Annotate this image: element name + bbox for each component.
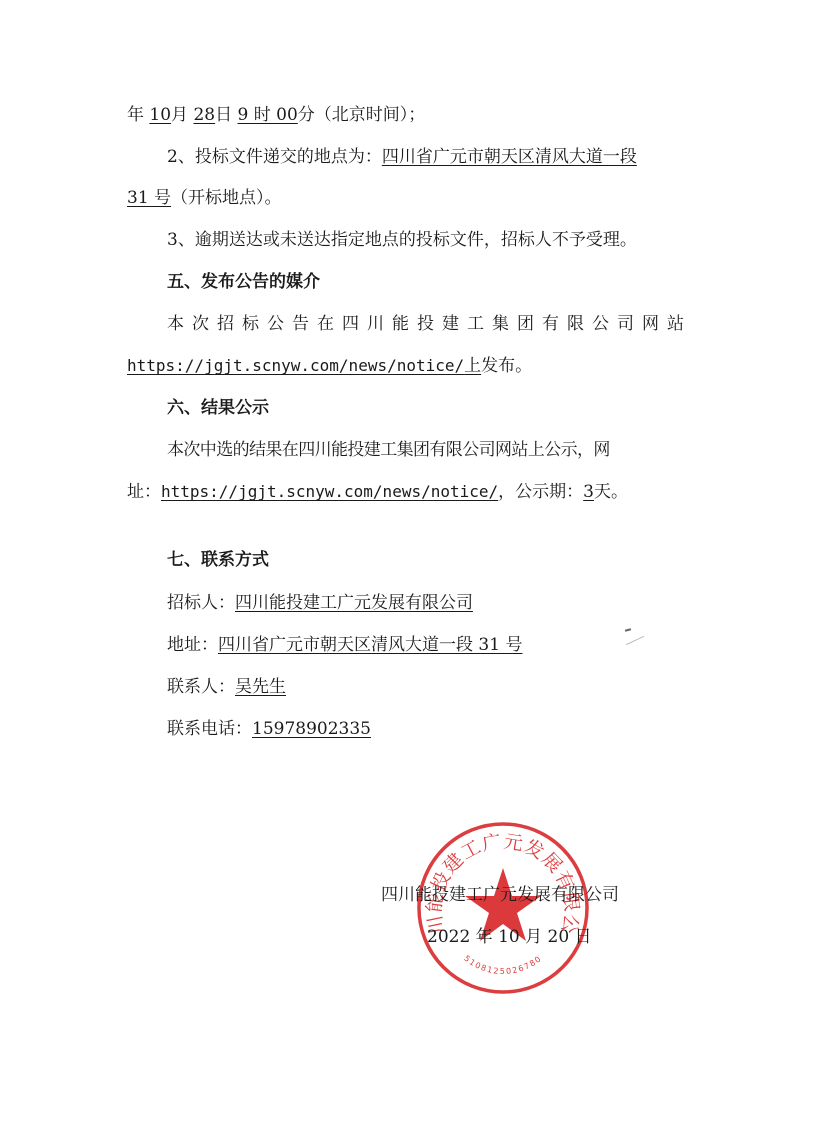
section-5-text: 本次招标公告在四川能投建工集团有限公司网站 xyxy=(167,312,684,336)
period-label: ，公示期： xyxy=(498,482,583,502)
contact-label: 联系人： xyxy=(167,677,235,697)
section-6-heading: 六、结果公示 xyxy=(167,396,269,420)
year-suffix: 年 xyxy=(127,105,144,125)
text-char: 川 xyxy=(367,312,384,336)
submission-address: 四川省广元市朝天区清风大道一段 xyxy=(382,147,637,167)
day-unit: 日 xyxy=(215,105,232,125)
scan-speck xyxy=(626,636,645,645)
notice-url-link[interactable]: https://jgjt.scnyw.com/news/notice/ xyxy=(127,356,464,375)
scan-speck xyxy=(625,628,631,631)
deadline-suffix: 分（北京时间）； xyxy=(298,105,426,125)
contact-person: 联系人：吴先生 xyxy=(167,675,286,699)
text-char: 网 xyxy=(642,312,659,336)
contact-address: 地址：四川省广元市朝天区清风大道一段 31 号 xyxy=(167,633,522,657)
text-char: 建 xyxy=(442,312,459,336)
contact-phone: 联系电话：15978902335 xyxy=(167,717,371,741)
opening-location-note: （开标地点）。 xyxy=(171,188,282,208)
contact-value: 四川能投建工广元发展有限公司 xyxy=(235,593,473,613)
text-char: 团 xyxy=(517,312,534,336)
text-char: 次 xyxy=(192,312,209,336)
contact-label: 招标人： xyxy=(167,593,235,613)
text-char: 本 xyxy=(167,312,184,336)
section-6-text: 本次中选的结果在四川能投建工集团有限公司网站上公示，网 xyxy=(167,438,610,462)
contact-label: 联系电话： xyxy=(167,719,252,739)
submission-location-line-2: 31 号（开标地点）。 xyxy=(127,186,282,210)
url-label: 址： xyxy=(127,482,161,502)
deadline-day: 28 xyxy=(193,105,215,125)
deadline-line: 年 10月 28日 9 时 00分（北京时间）； xyxy=(127,103,425,127)
contact-label: 地址： xyxy=(167,635,218,655)
signature-date: 2022 年 10 月 20 日 xyxy=(427,925,592,949)
svg-text:5108125026780: 5108125026780 xyxy=(462,954,543,976)
period-end: 。 xyxy=(611,482,628,502)
section-7-heading: 七、联系方式 xyxy=(167,548,269,572)
deadline-month: 10 xyxy=(149,105,171,125)
submission-location-label: 2、投标文件递交的地点为： xyxy=(167,147,382,167)
contact-value: 吴先生 xyxy=(235,677,286,697)
text-char: 在 xyxy=(317,312,334,336)
text-char: 投 xyxy=(417,312,434,336)
month-unit: 月 xyxy=(171,105,188,125)
url-suffix: 发布。 xyxy=(481,356,532,376)
text-char: 公 xyxy=(592,312,609,336)
text-char: 公 xyxy=(267,312,284,336)
period-value: 3 xyxy=(583,482,594,502)
section-5-url-line: https://jgjt.scnyw.com/news/notice/上发布。 xyxy=(127,354,532,378)
text-char: 限 xyxy=(567,312,584,336)
signature-company: 四川能投建工广元发展有限公司 xyxy=(381,883,619,907)
contact-bidder: 招标人：四川能投建工广元发展有限公司 xyxy=(167,591,473,615)
text-char: 司 xyxy=(617,312,634,336)
url-suffix-underlined: 上 xyxy=(464,356,481,376)
text-char: 有 xyxy=(542,312,559,336)
result-url-link[interactable]: https://jgjt.scnyw.com/news/notice/ xyxy=(161,482,498,501)
late-submission-notice: 3、逾期送达或未送达指定地点的投标文件，招标人不予受理。 xyxy=(167,228,637,252)
deadline-time: 9 时 00 xyxy=(238,105,298,125)
company-seal-stamp: 四川能投建工广元发展有限公司 5108125026780 xyxy=(415,820,591,996)
contact-value: 四川省广元市朝天区清风大道一段 31 号 xyxy=(218,635,522,655)
submission-address-number: 31 号 xyxy=(127,188,171,208)
text-char: 标 xyxy=(242,312,259,336)
period-unit: 天 xyxy=(594,482,611,502)
submission-location-line: 2、投标文件递交的地点为：四川省广元市朝天区清风大道一段 xyxy=(167,145,637,169)
text-char: 站 xyxy=(667,312,684,336)
section-5-heading: 五、发布公告的媒介 xyxy=(167,270,320,294)
contact-value: 15978902335 xyxy=(252,719,371,739)
text-char: 四 xyxy=(342,312,359,336)
section-6-url-line: 址：https://jgjt.scnyw.com/news/notice/，公示… xyxy=(127,480,628,504)
text-char: 集 xyxy=(492,312,509,336)
text-char: 告 xyxy=(292,312,309,336)
text-char: 工 xyxy=(467,312,484,336)
text-char: 招 xyxy=(217,312,234,336)
text-char: 能 xyxy=(392,312,409,336)
